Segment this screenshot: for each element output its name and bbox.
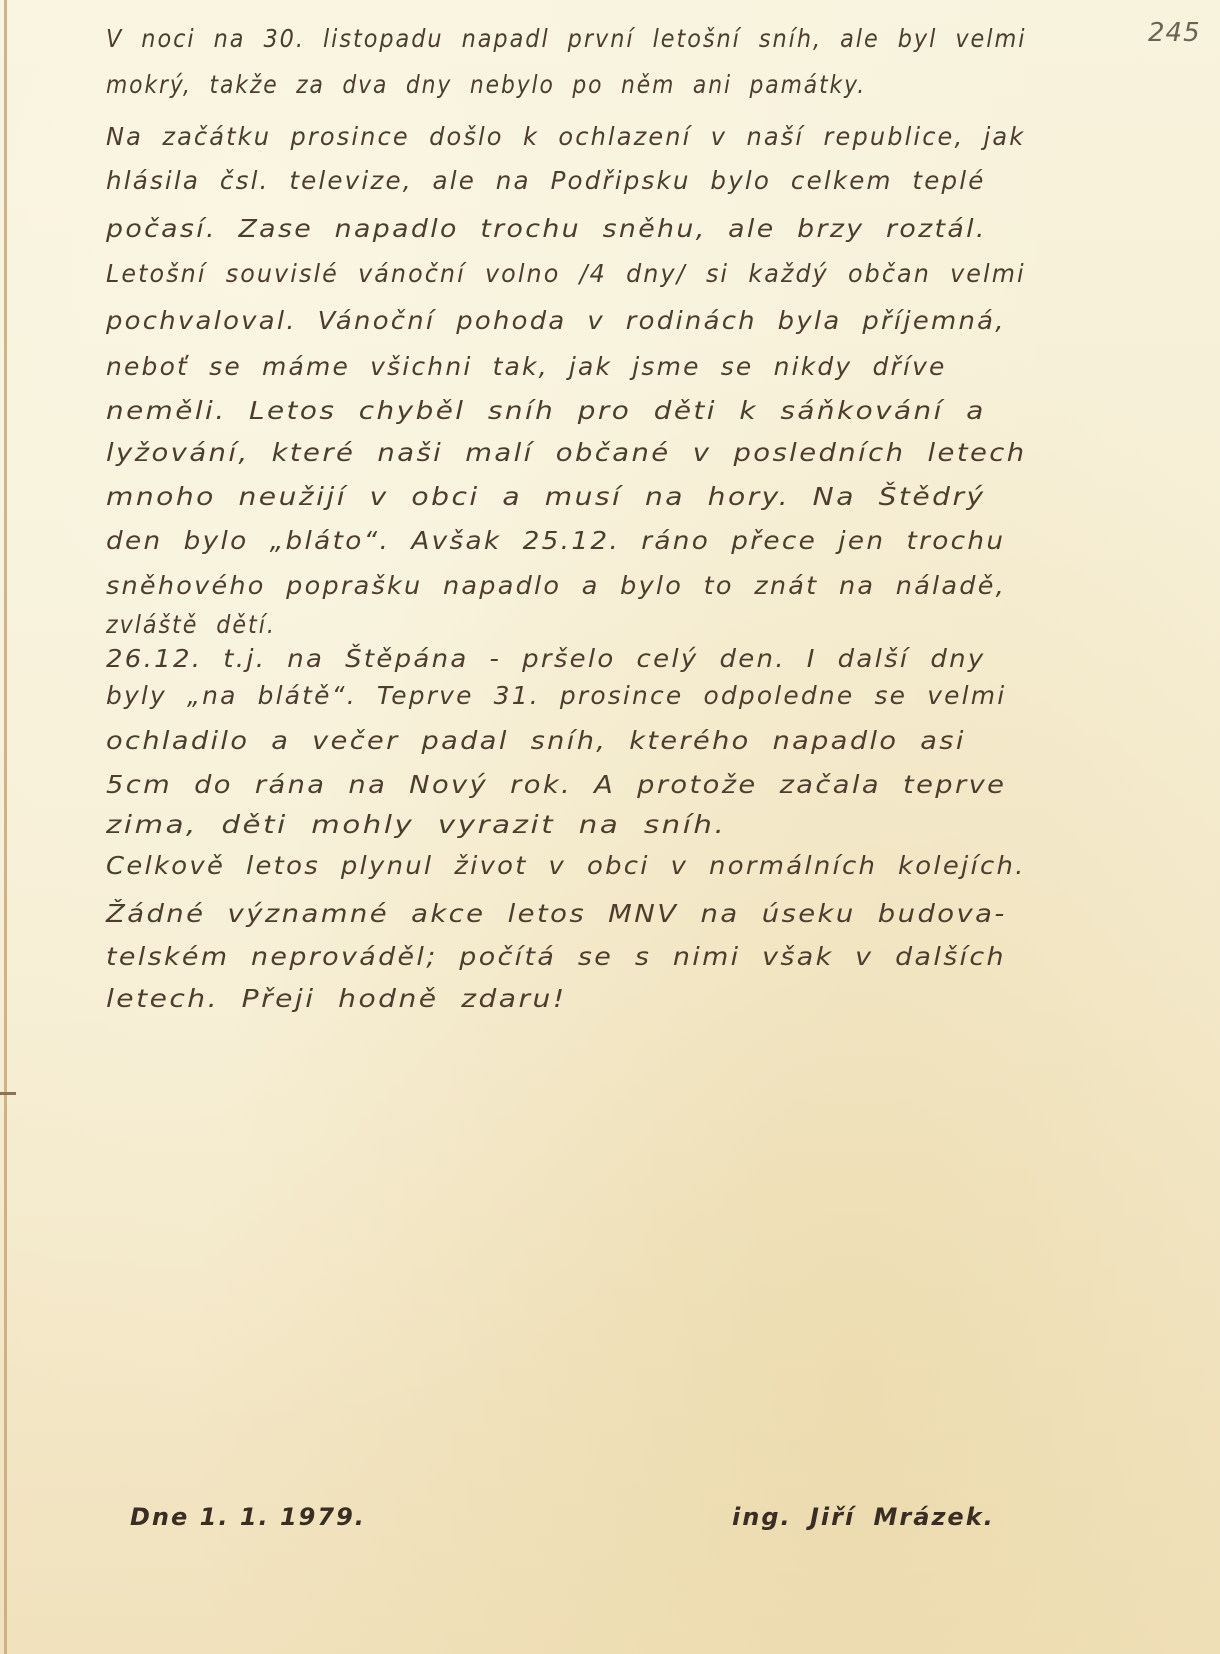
text-line: sněhového poprašku napadlo a bylo to zná…: [106, 571, 1006, 600]
text-line: hlásila čsl. televize, ale na Podřipsku …: [106, 166, 986, 195]
text-line: pochvaloval. Vánoční pohoda v rodinách b…: [106, 306, 1006, 335]
binding-mark: [0, 1092, 16, 1095]
text-line: mokrý, takže za dva dny nebylo po něm an…: [106, 70, 866, 99]
text-line: počasí. Zase napadlo trochu sněhu, ale b…: [106, 214, 987, 243]
chronicle-page: 245 V noci na 30. listopadu napadl první…: [0, 0, 1220, 1654]
binding-edge: [4, 0, 7, 1654]
text-line: 5cm do rána na Nový rok. A protože začal…: [106, 770, 1006, 799]
text-line: neměli. Letos chyběl sníh pro děti k sáň…: [106, 396, 986, 425]
text-line: Žádné významné akce letos MNV na úseku b…: [106, 899, 1007, 928]
text-line: byly „na blátě“. Teprve 31. prosince odp…: [106, 681, 1006, 710]
text-line: neboť se máme všichni tak, jak jsme se n…: [106, 352, 947, 381]
text-line: mnoho neužijí v obci a musí na hory. Na …: [106, 482, 986, 511]
text-line: ochladilo a večer padal sníh, kterého na…: [106, 726, 966, 755]
text-line: telském neprováděl; počítá se s nimi vša…: [106, 942, 1006, 971]
text-line: letech. Přeji hodně zdaru!: [106, 984, 567, 1013]
date-line: Dne 1. 1. 1979.: [130, 1503, 366, 1531]
page-number: 245: [1148, 18, 1201, 48]
signature: ing. Jiří Mrázek.: [732, 1503, 995, 1531]
text-line: zvláště dětí.: [106, 610, 276, 639]
text-line: V noci na 30. listopadu napadl první let…: [106, 24, 1026, 53]
text-line: Celkově letos plynul život v obci v norm…: [106, 851, 1026, 880]
text-line: lyžování, které naši malí občané v posle…: [106, 438, 1027, 467]
text-line: Letošní souvislé vánoční volno /4 dny/ s…: [106, 259, 1026, 288]
text-line: Na začátku prosince došlo k ochlazení v …: [106, 122, 1025, 151]
text-line: zima, děti mohly vyrazit na sníh.: [106, 810, 726, 839]
text-line: den bylo „bláto“. Avšak 25.12. ráno přec…: [106, 526, 1005, 555]
text-line: 26.12. t.j. na Štěpána - pršelo celý den…: [106, 644, 986, 673]
